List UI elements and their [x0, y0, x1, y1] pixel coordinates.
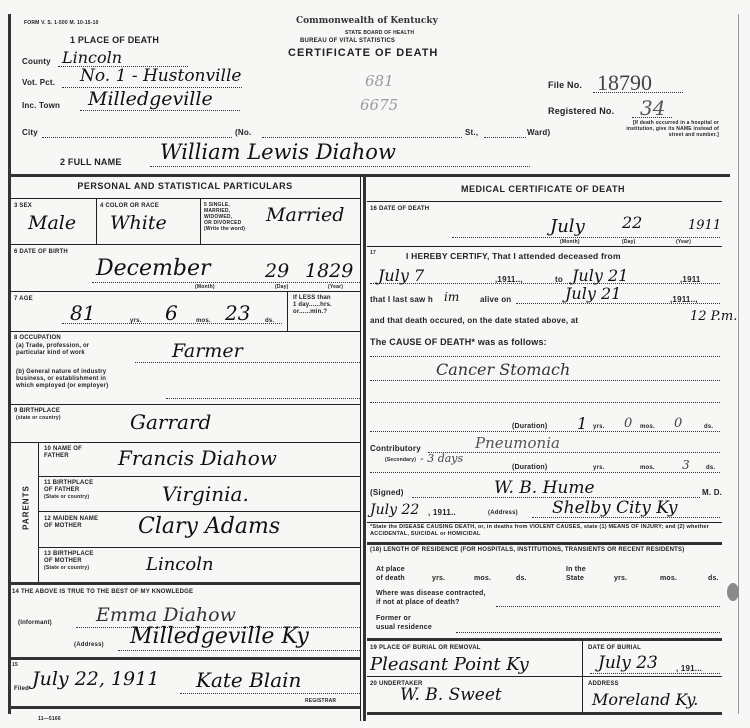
dob-day: 29 [265, 260, 289, 282]
certify-text: I HEREBY CERTIFY, That I attended deceas… [406, 251, 621, 261]
in-state-ds: ds. [708, 575, 719, 582]
inc-town-label: Inc. Town [22, 101, 60, 110]
left-inner-right [360, 176, 361, 721]
burial-place-value: Pleasant Point Ky [370, 654, 529, 675]
contrib-ds-label: ds. [706, 465, 715, 472]
cause-duration-mos: 0 [624, 416, 632, 431]
age-years: 81 [70, 301, 95, 325]
cause-heading: The CAUSE OF DEATH* was as follows: [370, 337, 547, 347]
residence-top-rule [367, 542, 722, 545]
contributory-label: Contributory [370, 444, 421, 453]
age-months: 6 [165, 301, 178, 325]
row-rule-1 [10, 244, 360, 245]
md-label: M. D. [702, 488, 722, 497]
last-saw-date: July 21 [565, 284, 621, 303]
cause-duration-line [370, 431, 720, 432]
marital-value: Married [266, 204, 344, 226]
ward-label: Ward) [527, 128, 550, 137]
medical-address-value: Shelby City Ky [552, 498, 677, 518]
board-title: STATE BOARD OF HEALTH [345, 30, 414, 36]
occupation-b-label: (b) General nature of industry business,… [16, 369, 108, 390]
cause-footnote: *State the DISEASE CAUSING DEATH, or, in… [370, 524, 720, 538]
inc-town-line [80, 110, 240, 111]
occupation-a-value: Farmer [172, 340, 243, 362]
contrib-mos-label: mos. [640, 465, 655, 472]
footer-code: 11—5166 [38, 716, 61, 722]
contributory-secondary: - 3 days [420, 452, 463, 465]
in-state-mos: mos. [660, 575, 677, 582]
year-caption: (Year) [328, 284, 343, 290]
mother-birthplace-label: 13 BIRTHPLACE OF MOTHER (State or countr… [44, 551, 94, 571]
father-birthplace-value: Virginia. [162, 482, 249, 506]
occupation-b-line [166, 398, 360, 399]
informant-bottom-rule [10, 657, 360, 660]
parents-rule-1 [38, 476, 360, 477]
less-than-divider [287, 291, 288, 331]
father-birthplace-label: 11 BIRTHPLACE OF FATHER (State or countr… [44, 480, 93, 500]
medical-heading: MEDICAL CERTIFICATE OF DEATH [368, 184, 718, 194]
burial-mid-rule [367, 676, 722, 677]
marital-label: 5 SINGLE, MARRIED, WIDOWED, OR DIVORCED … [204, 202, 245, 232]
dob-label: 6 DATE OF BIRTH [14, 249, 68, 256]
file-no-value: 18790 [597, 70, 652, 96]
contrib-yrs-label: yrs. [593, 465, 604, 472]
registrar-label: REGISTRAR [305, 698, 336, 704]
dod-month-caption: (Month) [560, 239, 580, 245]
contributory-value: Pneumonia [475, 434, 560, 452]
cause-yrs-label: yrs. [593, 424, 604, 431]
age-ds-label: ds. [265, 318, 274, 325]
informant-address-label: (Address) [74, 642, 104, 649]
medical-address-label: (Address) [488, 510, 518, 517]
cause-line-3 [370, 402, 720, 403]
sex-label: 3 SEX [14, 203, 32, 210]
alive-on-label: alive on [480, 295, 511, 304]
attended-from: July 7 [378, 266, 424, 285]
dod-label: 16 DATE OF DEATH [370, 206, 429, 213]
burial-bottom-rule [367, 712, 722, 715]
state-title: Commonwealth of Kentucky [296, 16, 438, 26]
certificate-title: CERTIFICATE OF DEATH [288, 47, 438, 59]
attended-to-year: ,1911 [680, 275, 701, 284]
no-label: (No. [235, 128, 251, 137]
contributory-line [428, 452, 720, 453]
dod-day: 22 [622, 213, 642, 232]
mother-birthplace-value: Lincoln [146, 554, 214, 575]
row-rule-3 [10, 331, 360, 332]
file-no-label: File No. [548, 80, 582, 90]
at-place-yrs: yrs. [432, 575, 445, 582]
filed-bottom-rule [10, 706, 360, 709]
right-border [738, 14, 739, 714]
mother-name-value: Clary Adams [138, 514, 280, 539]
informant-address-line [118, 650, 360, 651]
burial-date-line [590, 673, 720, 674]
dod-year-caption: (Year) [676, 239, 691, 245]
filed-number: 15 [12, 662, 18, 668]
form-number: FORM V. S. 1-500 M. 10-15-10 [24, 20, 99, 26]
burial-date-label: DATE OF BURIAL [588, 645, 641, 652]
hospital-note: [If death occurred in a hospital or inst… [614, 120, 719, 138]
undertaker-value: W. B. Sweet [400, 685, 502, 705]
dod-year: 1911 [688, 218, 721, 233]
full-name-line [150, 166, 530, 167]
city-label: City [22, 128, 38, 137]
birthplace-label: 9 BIRTHPLACE [14, 408, 60, 415]
cause-duration-yrs: 1 [577, 414, 587, 433]
full-name-label: 2 FULL NAME [60, 157, 122, 167]
parents-bottom-rule [10, 582, 360, 585]
signed-label: (Signed) [370, 488, 404, 497]
stain-mark [727, 583, 739, 601]
parents-sidebar-divider [38, 442, 39, 582]
street-line [262, 137, 462, 138]
undertaker-address-value: Moreland Ky. [592, 690, 698, 709]
signed-value: W. B. Hume [494, 478, 595, 498]
birthplace-value: Garrard [130, 410, 211, 434]
personal-heading-rule [10, 198, 360, 199]
in-state-label: In the State [566, 565, 586, 583]
place-of-death-heading: 1 PLACE OF DEATH [70, 35, 159, 45]
registered-no-label: Registered No. [548, 106, 614, 116]
attended-from-year: ,1911.., [495, 275, 523, 284]
death-certificate: FORM V. S. 1-500 M. 10-15-10 Commonwealt… [0, 0, 750, 728]
parents-rule-2 [38, 511, 360, 512]
row-rule-4 [10, 404, 360, 405]
last-saw-label: that I last saw h [370, 295, 433, 304]
certify-number: 17 [370, 250, 376, 256]
attended-to: July 21 [572, 266, 628, 285]
cause-mos-label: mos. [640, 424, 655, 431]
less-than-box: If LESS than 1 day......hrs. or......min… [293, 295, 332, 316]
st-label: St., [465, 128, 478, 137]
column-divider [363, 176, 366, 721]
registered-no-value: 34 [640, 96, 665, 120]
dod-month: July [550, 216, 585, 237]
burial-place-label: 19 PLACE OF BURIAL OR REMOVAL [370, 645, 481, 652]
left-border [8, 14, 11, 714]
at-place-label: At place of death [376, 565, 405, 583]
signed-date: July 22 [370, 502, 419, 518]
age-days: 23 [225, 301, 250, 325]
occupation-a-label: (a) Trade, profession, or particular kin… [16, 343, 89, 357]
father-name-label: 10 NAME OF FATHER [44, 446, 82, 460]
death-occurred-text: and that death occured, on the date stat… [370, 316, 578, 325]
contrib-duration-ds: 3 [682, 458, 690, 472]
cause-line-1 [370, 356, 720, 357]
vot-pct-label: Vot. Pct. [22, 78, 55, 87]
cause-duration-label: (Duration) [512, 423, 547, 430]
registrar-line [180, 693, 360, 694]
day-caption: (Day) [275, 284, 289, 290]
medical-heading-rule [367, 201, 722, 202]
bureau-title: BUREAU OF VITAL STATISTICS [300, 38, 395, 45]
header-divider [8, 174, 730, 177]
age-mos-label: mos. [196, 318, 211, 325]
contributory-duration-line [370, 472, 720, 473]
former-residence-line [456, 632, 720, 633]
burial-top-rule [367, 638, 722, 641]
medical-rule-1 [367, 246, 722, 247]
at-place-ds: ds. [516, 575, 527, 582]
age-yrs-label: yrs. [130, 318, 141, 325]
ward-line [484, 137, 526, 138]
last-saw-year: ,1911.., [670, 295, 698, 304]
county-value: Lincoln [62, 48, 122, 67]
occupation-label: 8 OCCUPATION [14, 335, 61, 342]
to-label: to [555, 275, 563, 284]
father-name-value: Francis Diahow [118, 446, 277, 470]
pencil-note-2: 6675 [360, 96, 398, 114]
in-state-yrs: yrs. [614, 575, 627, 582]
informant-heading: 14 THE ABOVE IS TRUE TO THE BEST OF MY K… [12, 589, 193, 596]
row-rule-5 [10, 442, 360, 443]
parents-side-label: PARENTS [22, 478, 31, 538]
burial-divider [582, 641, 583, 713]
pencil-note-1: 681 [365, 72, 394, 90]
dob-year: 1829 [305, 260, 353, 282]
cause-duration-ds: 0 [674, 416, 682, 431]
informant-label: (Informant) [18, 620, 52, 627]
age-label: 7 AGE [14, 296, 33, 303]
where-contracted-label: Where was disease contracted, if not at … [376, 589, 486, 607]
race-label: 4 COLOR OR RACE [100, 203, 159, 210]
cause-line-2 [370, 380, 720, 381]
signed-year: , 1911.. [428, 508, 456, 517]
filed-label: Filed [14, 686, 29, 693]
burial-date-year: , 191... [676, 664, 702, 673]
dob-month: December [96, 256, 210, 281]
residence-heading: (18) LENGTH OF RESIDENCE (FOR HOSPITALS,… [370, 547, 720, 554]
county-label: County [22, 57, 51, 66]
dod-day-caption: (Day) [622, 239, 636, 245]
sex-divider [96, 198, 97, 244]
race-divider [200, 198, 201, 244]
former-residence-label: Former or usual residence [376, 614, 432, 632]
race-value: White [110, 212, 167, 234]
informant-value: Emma Diahow [96, 604, 236, 626]
undertaker-address-label: ADDRESS [588, 681, 619, 688]
vot-pct-value: No. 1 - Hustonville [80, 66, 241, 86]
parents-rule-3 [38, 547, 360, 548]
at-place-mos: mos. [474, 575, 491, 582]
informant-address-value: Milledgeville Ky [130, 624, 309, 649]
registrar-value: Kate Blain [196, 668, 301, 692]
mother-name-label: 12 MAIDEN NAME OF MOTHER [44, 516, 98, 530]
row-rule-2 [10, 291, 360, 292]
dod-line [452, 237, 720, 238]
full-name-value: William Lewis Diahow [160, 140, 396, 164]
filed-value: July 22, 1911 [32, 668, 159, 690]
secondary-label: (Secondary) [385, 457, 416, 463]
contributory-duration-label: (Duration) [512, 464, 547, 471]
city-line [42, 137, 232, 138]
month-caption: (Month) [195, 284, 215, 290]
personal-heading: PERSONAL AND STATISTICAL PARTICULARS [10, 181, 360, 191]
where-contracted-line [496, 606, 720, 607]
dob-line [92, 282, 360, 283]
inc-town-value: Milledgeville [88, 88, 213, 110]
cause-ds-label: ds. [704, 424, 713, 431]
burial-date-value: July 23 [598, 653, 658, 673]
cause-value: Cancer Stomach [436, 360, 570, 379]
occupation-a-line [135, 362, 360, 363]
footnote-rule [367, 522, 722, 523]
last-saw-him: im [444, 290, 459, 304]
birthplace-sub: (state or country) [16, 415, 61, 421]
sex-value: Male [28, 212, 76, 234]
death-time: 12 P.m. [690, 309, 737, 324]
